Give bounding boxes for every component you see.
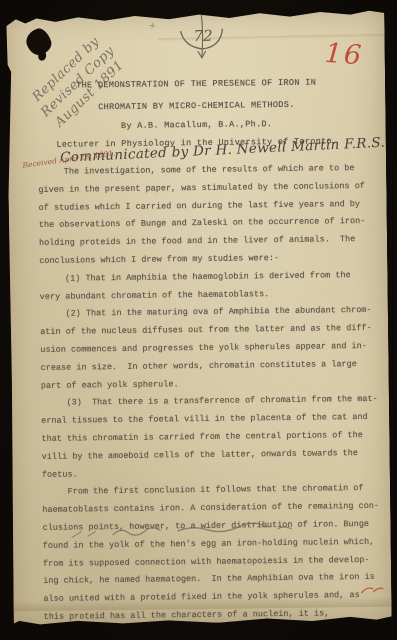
pencil-circled-72-mark: 72: [170, 13, 235, 66]
red-check-mark: [359, 583, 385, 597]
paper: Replaced by Revised Copy August 1891 + 7…: [6, 9, 391, 626]
pencil-plus-mark: +: [148, 21, 157, 32]
typed-body-text: The investigation, some of the results o…: [38, 160, 386, 627]
red-page-number: 16: [323, 38, 364, 72]
pencil-strikethrough-mark: [68, 520, 328, 543]
corner-mark-text: 72: [193, 27, 212, 45]
ink-blot-icon: [23, 26, 54, 58]
